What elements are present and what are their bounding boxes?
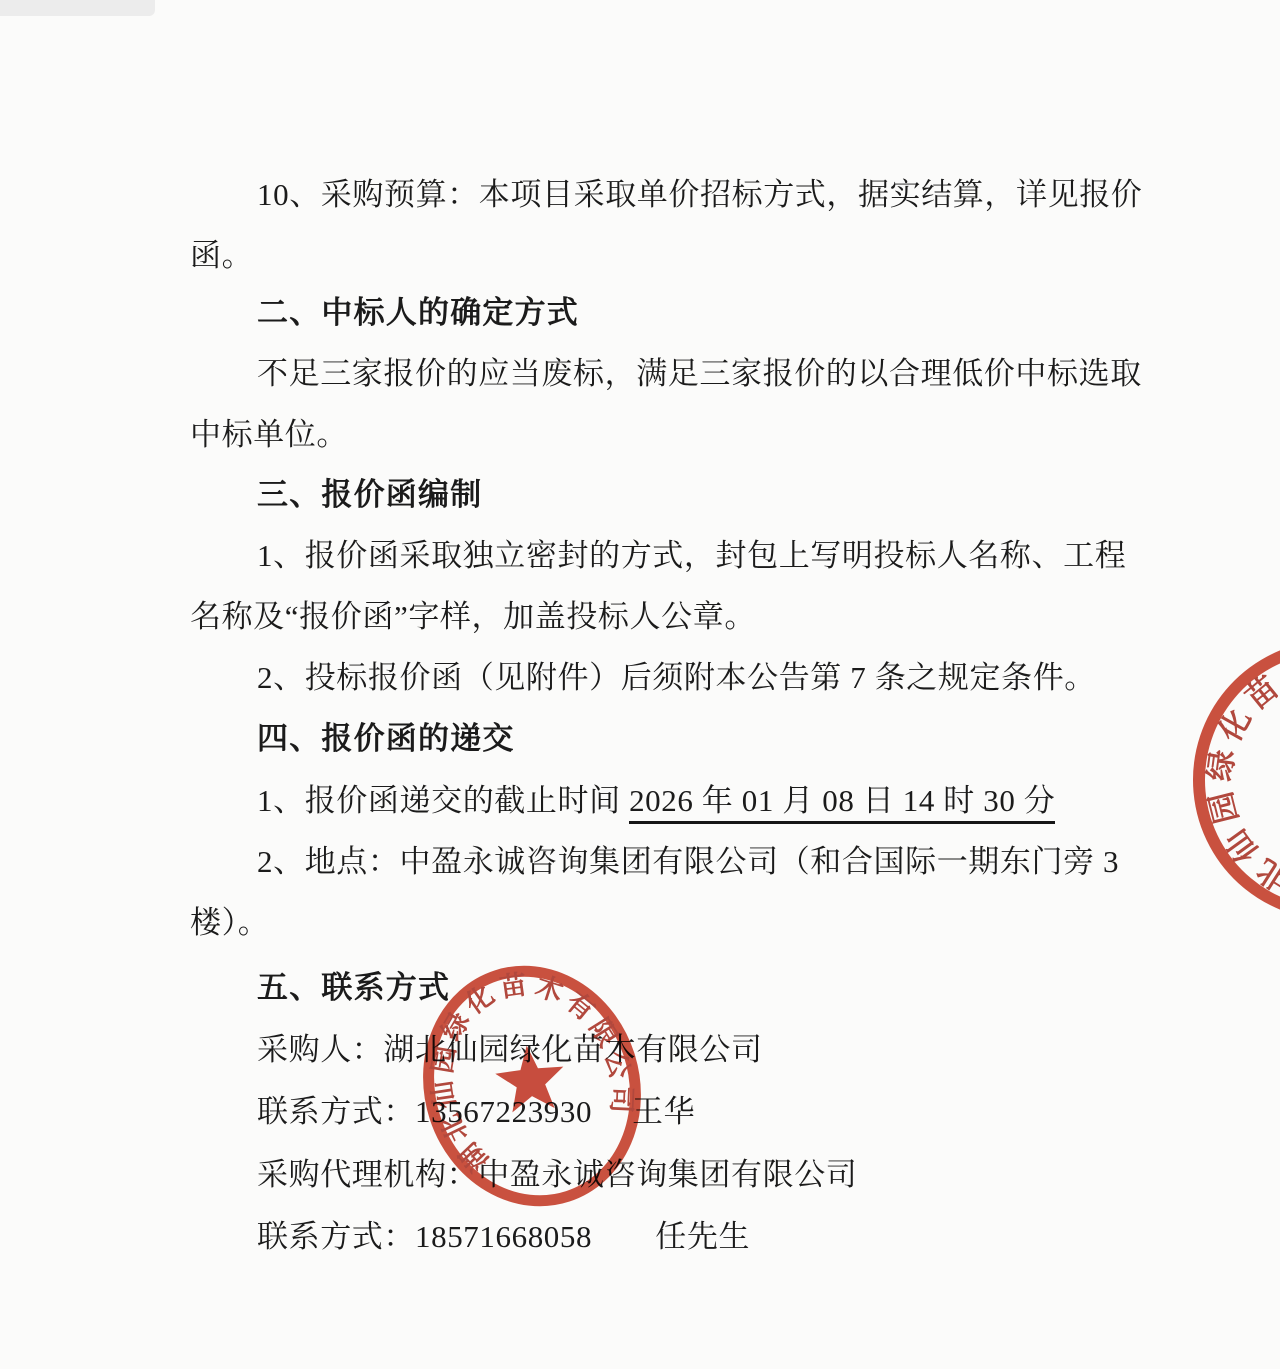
contact-line: 联系方式：13567223930 王华 xyxy=(190,1092,1267,1132)
section-heading: 四、报价函的递交 xyxy=(190,719,1267,759)
section-heading: 五、联系方式 xyxy=(190,968,1267,1008)
doc-line: 楼）。 xyxy=(190,903,1200,943)
star-icon xyxy=(1271,717,1280,835)
section-heading: 二、中标人的确定方式 xyxy=(190,293,1267,333)
contact-line: 联系方式：18571668058 任先生 xyxy=(190,1217,1267,1257)
doc-line: 中标单位。 xyxy=(190,415,1200,455)
doc-line: 名称及“报价函”字样，加盖投标人公章。 xyxy=(190,597,1200,637)
doc-line: 函。 xyxy=(190,236,1200,276)
scan-artifact xyxy=(0,0,155,16)
deadline-label: 1、报价函递交的截止时间 xyxy=(257,783,629,818)
doc-line: 2、投标报价函（见附件）后须附本公告第 7 条之规定条件。 xyxy=(190,658,1267,698)
deadline-date: 2026 年 01 月 08 日 14 时 30 分 xyxy=(629,783,1055,824)
document-page: 10、采购预算：本项目采取单价招标方式，据实结算，详见报价 函。 二、中标人的确… xyxy=(0,0,1280,1369)
purchaser-line: 采购人：湖北仙园绿化苗木有限公司 xyxy=(190,1030,1267,1070)
doc-line: 2、地点：中盈永诚咨询集团有限公司（和合国际一期东门旁 3 xyxy=(190,842,1267,882)
doc-line: 不足三家报价的应当废标，满足三家报价的以合理低价中标选取 xyxy=(190,354,1267,394)
doc-line: 1、报价函采取独立密封的方式，封包上写明投标人名称、工程 xyxy=(190,536,1267,576)
agency-line: 采购代理机构：中盈永诚咨询集团有限公司 xyxy=(190,1155,1267,1195)
deadline-line: 1、报价函递交的截止时间 2026 年 01 月 08 日 14 时 30 分 xyxy=(190,781,1267,821)
section-heading: 三、报价函编制 xyxy=(190,475,1267,515)
doc-line: 10、采购预算：本项目采取单价招标方式，据实结算，详见报价 xyxy=(190,175,1267,215)
